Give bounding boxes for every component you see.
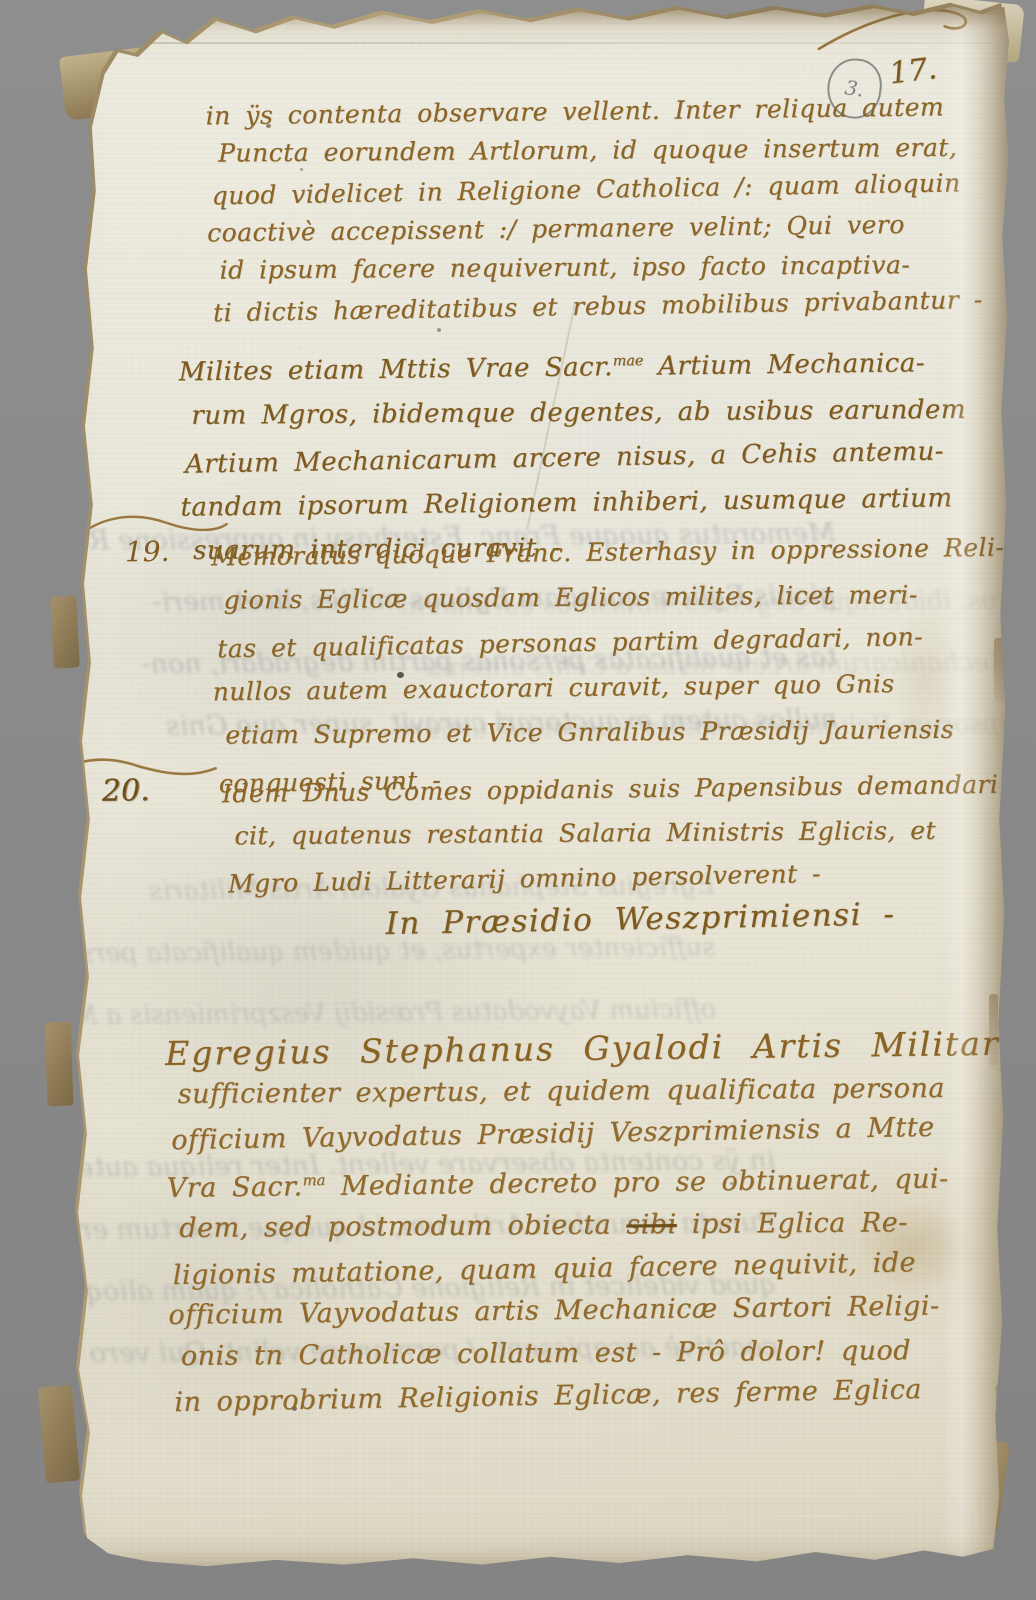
binding-stub: [50, 595, 80, 668]
binding-stub: [45, 1022, 74, 1107]
edge-vignette: [30, 2, 1012, 1574]
edge-tear-mark: [996, 1384, 1008, 1446]
photo-backdrop: Memoratus quoque Franc. Esterhasy in opp…: [0, 0, 1036, 1600]
manuscript-page: Memoratus quoque Franc. Esterhasy in opp…: [30, 2, 1012, 1574]
binding-stub: [38, 1385, 80, 1484]
